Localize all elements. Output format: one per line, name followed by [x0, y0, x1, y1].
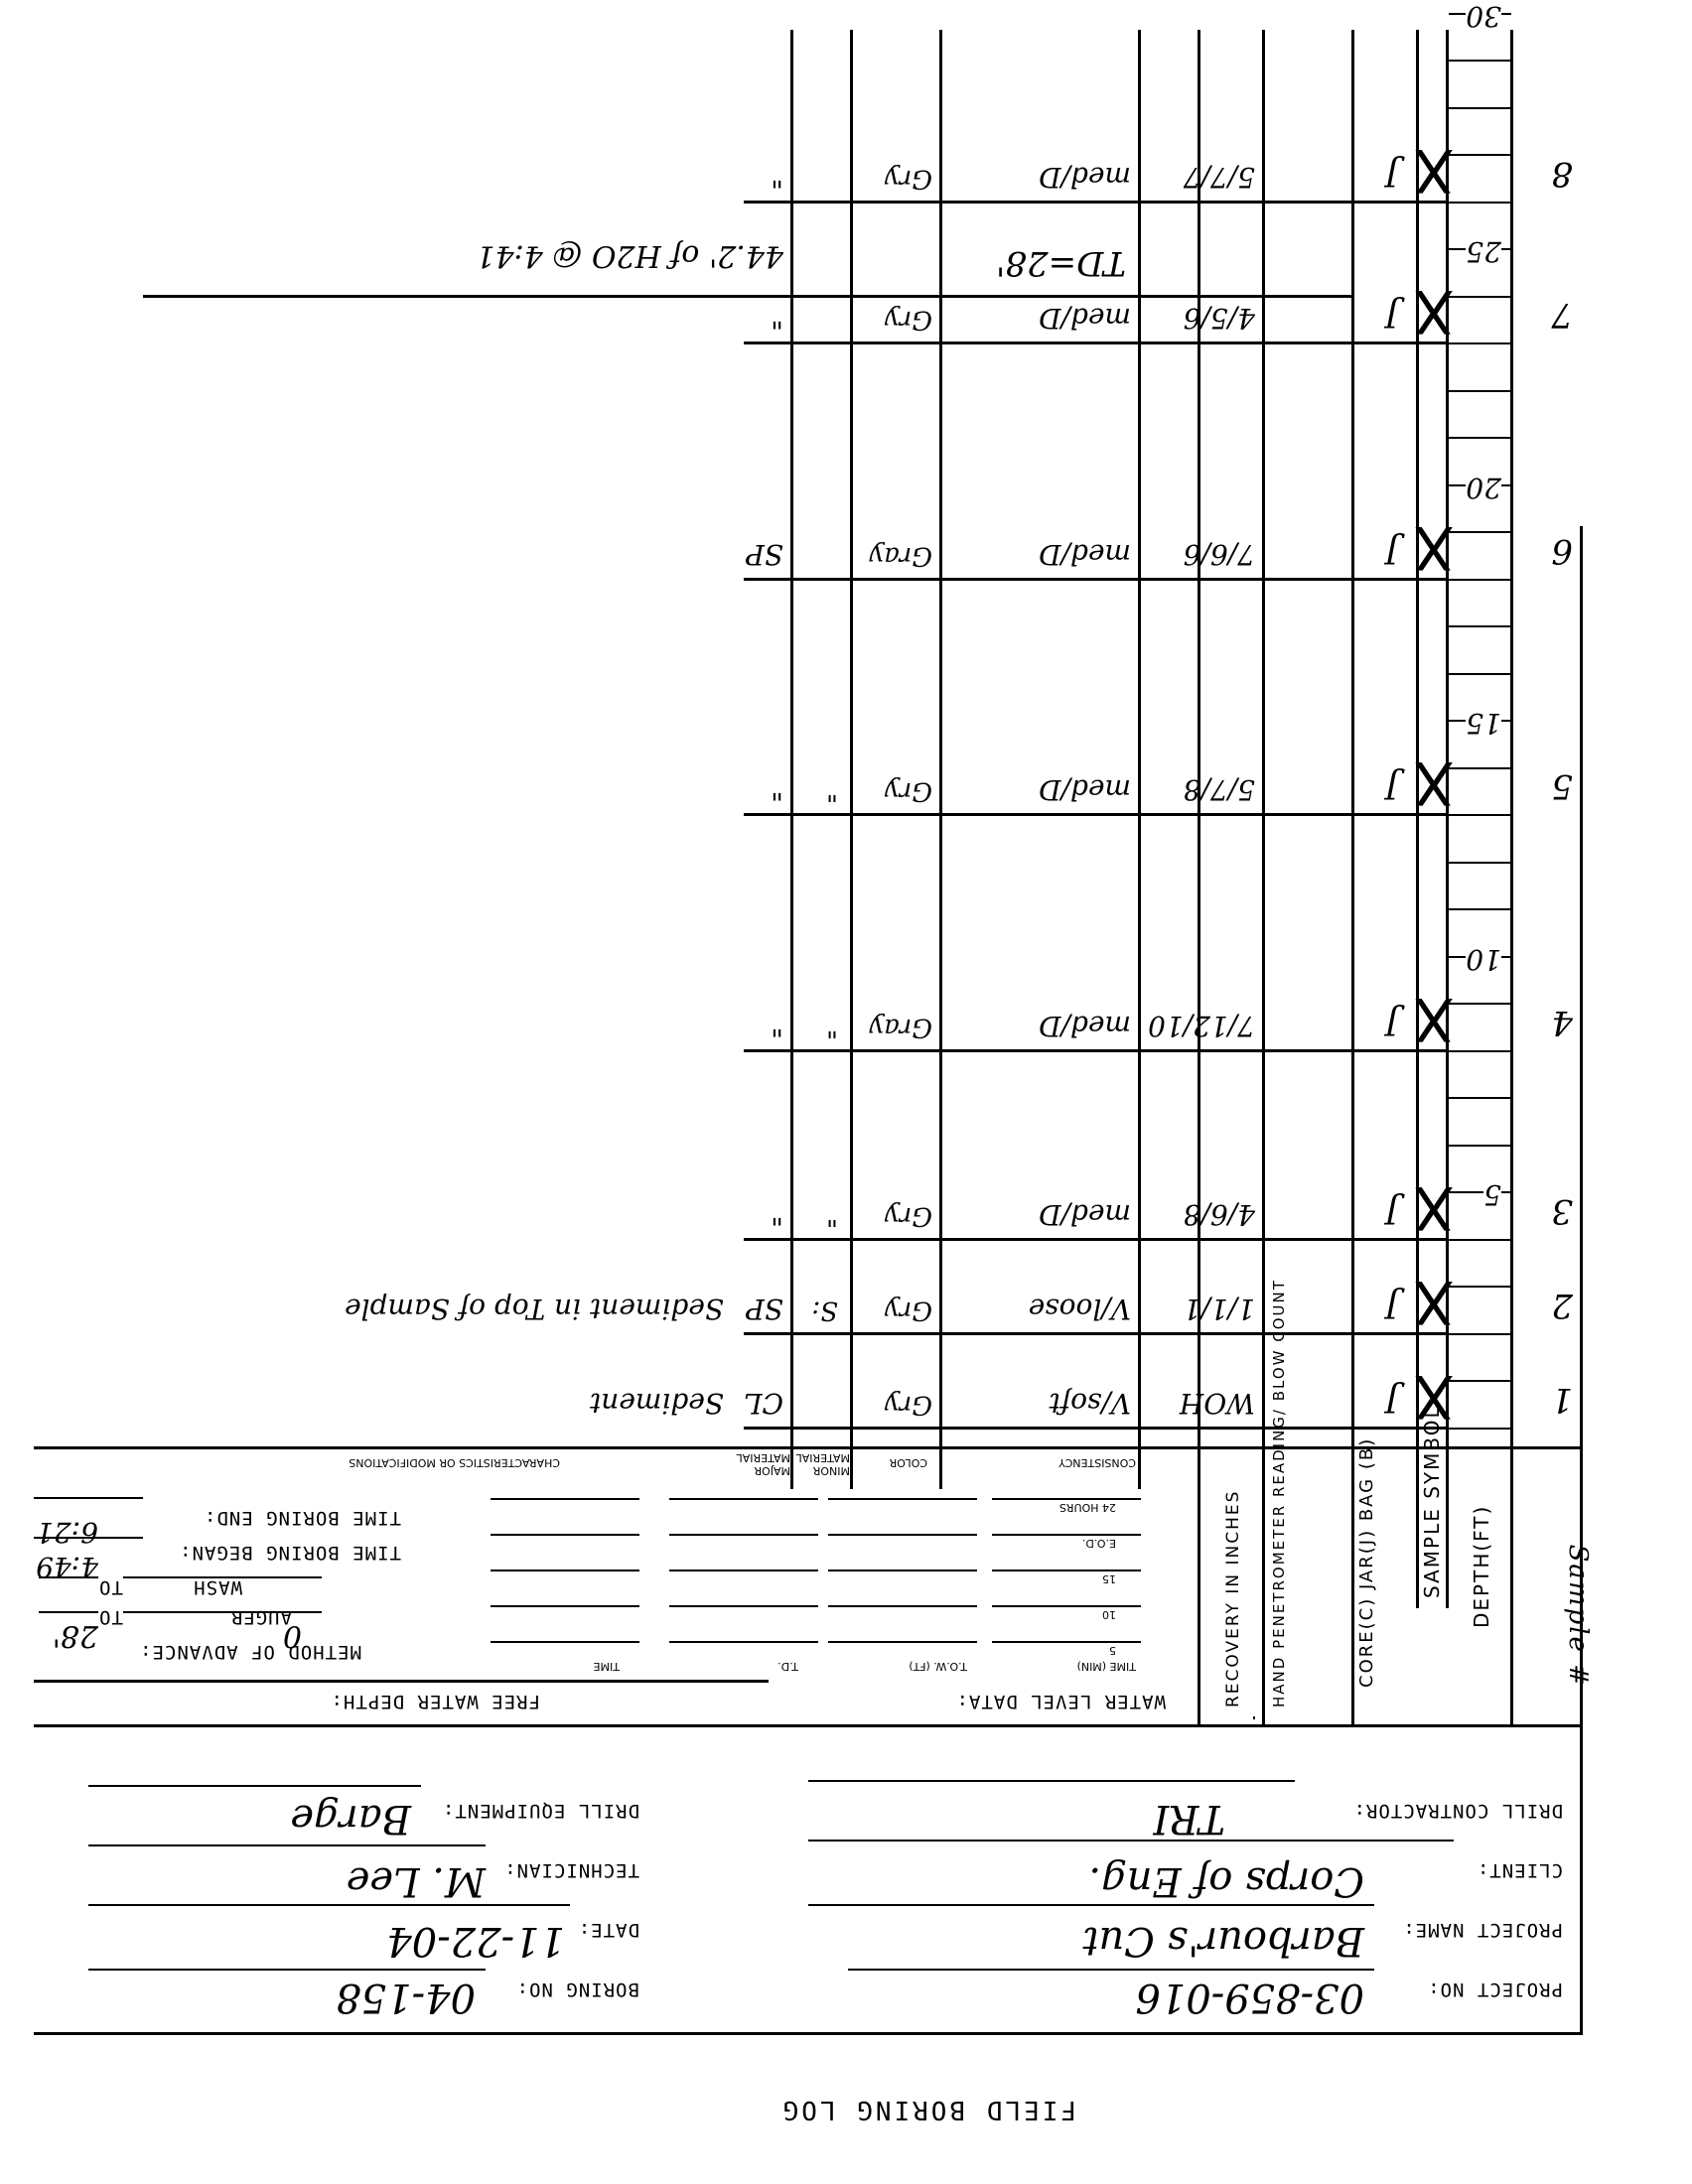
- depth-mark-label: 25: [1466, 236, 1501, 269]
- sample-number: 6: [1551, 531, 1573, 571]
- wl-blank-line: [491, 1570, 639, 1571]
- depth-tick: [1449, 1098, 1511, 1100]
- depth-tick: [1449, 673, 1511, 675]
- boring-no-value: 04-158: [336, 1975, 476, 2020]
- color: Gry: [885, 1296, 932, 1325]
- consistency: med/D: [1039, 538, 1131, 571]
- technician-line: [88, 1844, 486, 1846]
- project-name-line: [808, 1904, 1374, 1906]
- color: Gray: [870, 541, 932, 571]
- method-of-advance-label: METHOD OF ADVANCE:: [139, 1641, 361, 1663]
- wl-time-label: E.O.D.: [1082, 1537, 1116, 1550]
- major-material: ": [771, 303, 783, 336]
- table-row: 5XJ5/7/8med/DGry"": [0, 738, 1692, 817]
- project-no-value: 03-859-016: [1135, 1975, 1364, 2020]
- free-water-line: [34, 1680, 769, 1683]
- depth-mark-label: 20: [1466, 472, 1501, 504]
- wl-blank-line: [992, 1605, 1141, 1607]
- wl-blank-line: [491, 1605, 639, 1607]
- sample-type: J: [1385, 767, 1399, 807]
- wl-blank-line: [992, 1534, 1141, 1536]
- sample-number: 3: [1551, 1191, 1573, 1231]
- wash-line: [123, 1576, 322, 1578]
- minor-material: ": [826, 1201, 838, 1231]
- blow-count: WOH: [1180, 1387, 1255, 1420]
- major-material: SP: [746, 1293, 783, 1325]
- wl-blank-line: [669, 1605, 818, 1607]
- sample-type: J: [1385, 154, 1399, 194]
- consistency-header: CONSISTENCY: [1058, 1456, 1136, 1469]
- drill-equipment-label: DRILL EQUIPMENT:: [442, 1800, 639, 1822]
- sample-number: 2: [1551, 1286, 1573, 1325]
- wl-blank-line: [491, 1641, 639, 1643]
- wl-blank-line: [828, 1641, 977, 1643]
- consistency: V/soft: [1050, 1387, 1132, 1420]
- sample-symbol-x: X: [1412, 989, 1456, 1048]
- major-header: MAJOR MATERIAL: [736, 1451, 790, 1477]
- table-row: 3XJ4/6/8med/DGry"": [0, 1161, 1692, 1241]
- characteristics-header: CHARACTERISTICS OR MODIFICATIONS: [349, 1456, 560, 1469]
- table-row: 1XJWOHV/softGryCLSediment: [0, 1350, 1692, 1430]
- spacer: [1253, 1716, 1255, 1719]
- color-header: COLOR: [890, 1456, 927, 1469]
- minor-header: MINOR MATERIAL: [795, 1451, 850, 1477]
- wl-blank-line: [828, 1570, 977, 1571]
- wl-blank-line: [828, 1498, 977, 1500]
- blow-count: 5/7/8: [1184, 774, 1255, 807]
- wash-label: WASH: [193, 1576, 242, 1598]
- wl-time-label: 10: [1102, 1608, 1116, 1621]
- auger-to-label: TO: [98, 1606, 123, 1628]
- table-row: 2XJ1/1/1V/looseGryS:SPSediment in Top of…: [0, 1256, 1692, 1335]
- header-bottom-border: [34, 1724, 1583, 1727]
- time-began-label: TIME BORING BEGAN:: [179, 1542, 401, 1564]
- project-name-label: PROJECT NAME:: [1402, 1919, 1563, 1941]
- client-line: [808, 1840, 1454, 1842]
- depth-tick: [1449, 626, 1511, 628]
- wl-blank-line: [992, 1641, 1141, 1643]
- auger-to-value: 28': [53, 1618, 98, 1653]
- minor-material: ": [826, 777, 838, 807]
- wl-blank-line: [669, 1498, 818, 1500]
- table-row: 4XJ7/12/10med/DGray"": [0, 973, 1692, 1052]
- sample-row-divider: [744, 1049, 1449, 1052]
- color: Gry: [885, 1390, 932, 1420]
- auger-to-line: [39, 1611, 98, 1613]
- field-boring-log-sheet: FIELD BORING LOG PROJECT NO: 03-859-016 …: [0, 0, 1692, 2184]
- total-depth: TD=28': [996, 243, 1126, 283]
- sample-type: J: [1385, 296, 1399, 336]
- sample-type: J: [1385, 1286, 1399, 1325]
- sample-number: 4: [1551, 1003, 1573, 1042]
- wl-blank-line: [491, 1498, 639, 1500]
- wl-blank-line: [828, 1534, 977, 1536]
- sample-number: 5: [1551, 767, 1573, 807]
- characteristics: Sediment: [590, 1387, 724, 1420]
- sample-row-divider: [744, 814, 1449, 817]
- drill-contractor-value: TRI: [1153, 1796, 1225, 1842]
- consistency: med/D: [1039, 303, 1131, 336]
- sample-row-divider: [744, 342, 1449, 345]
- sample-type: J: [1385, 1191, 1399, 1231]
- drill-contractor-line: [808, 1780, 1295, 1782]
- depth-tick: [1449, 1145, 1511, 1147]
- sample-symbol-x: X: [1412, 1177, 1456, 1237]
- sample-row-divider: [744, 201, 1449, 204]
- time-end-label: TIME BORING END:: [204, 1507, 401, 1529]
- sample-type: J: [1385, 531, 1399, 571]
- time-end-line: [34, 1497, 143, 1499]
- drill-equipment-line: [88, 1785, 421, 1787]
- client-label: CLIENT:: [1477, 1859, 1563, 1881]
- wl-blank-line: [992, 1498, 1141, 1500]
- sample-symbol-x: X: [1412, 1366, 1456, 1426]
- project-no-line: [848, 1969, 1374, 1971]
- col-header-bottom: [34, 1446, 1583, 1449]
- sample-symbol-x: X: [1412, 140, 1456, 200]
- sample-number: 1: [1551, 1380, 1573, 1420]
- sample-no-header: Sample #: [1563, 1545, 1593, 1688]
- color: Gray: [870, 1013, 932, 1042]
- auger-from-value: 0: [283, 1618, 302, 1653]
- sample-symbol-x: X: [1412, 1272, 1456, 1331]
- sample-symbol-x: X: [1412, 517, 1456, 577]
- date-line: [88, 1904, 570, 1906]
- color: Gry: [885, 777, 932, 807]
- blow-count: 7/6/6: [1184, 538, 1255, 571]
- date-value: 11-22-04: [386, 1918, 565, 1964]
- depth-header: DEPTH(FT): [1470, 1505, 1493, 1628]
- time-end-value: 6:21: [36, 1516, 98, 1549]
- wl-time-label: 5: [1109, 1644, 1116, 1657]
- major-material: ": [771, 1010, 783, 1042]
- wl-blank-line: [491, 1534, 639, 1536]
- water-level-label: WATER LEVEL DATA:: [956, 1691, 1166, 1712]
- sample-row-divider: [744, 578, 1449, 581]
- drill-equipment-value: Barge: [290, 1796, 411, 1842]
- depth-mark-label: 30: [1466, 0, 1501, 33]
- wl-time-label: 24 HOURS: [1059, 1501, 1116, 1514]
- wl-col-time2: TIME: [594, 1660, 620, 1673]
- technician-label: TECHNICIAN:: [503, 1859, 639, 1881]
- project-name-value: Barbour's Cut: [1082, 1918, 1364, 1964]
- blow-count: 7/12/10: [1148, 1010, 1255, 1042]
- depth-tick: [1449, 390, 1511, 392]
- form-top-border: [34, 2032, 1583, 2035]
- recovery-header: RECOVERY IN INCHES: [1223, 1490, 1243, 1707]
- table-row: 6XJ7/6/6med/DGraySP: [0, 501, 1692, 581]
- depth-tick: [1449, 909, 1511, 911]
- table-row: 8XJ5/7/7med/DGry": [0, 124, 1692, 204]
- water-depth-note: 44.2' of H2O @ 4:41: [476, 238, 783, 273]
- sample-number: 8: [1551, 154, 1573, 194]
- consistency: med/D: [1039, 1010, 1131, 1042]
- wash-to-label: TO: [98, 1576, 123, 1598]
- boring-no-line: [88, 1969, 486, 1971]
- blow-count-header: HAND PENETROMETER READING/ BLOW COUNT: [1270, 1279, 1339, 1707]
- sample-symbol-x: X: [1412, 753, 1456, 813]
- minor-material: ": [826, 1013, 838, 1042]
- wl-blank-line: [992, 1570, 1141, 1571]
- project-no-label: PROJECT NO:: [1427, 1979, 1563, 2000]
- major-material: ": [771, 774, 783, 807]
- color: Gry: [885, 306, 932, 336]
- consistency: med/D: [1039, 161, 1131, 194]
- sample-type: J: [1385, 1003, 1399, 1042]
- date-label: DATE:: [578, 1919, 639, 1941]
- sample-number: 7: [1551, 296, 1573, 336]
- sample-type: J: [1385, 1380, 1399, 1420]
- consistency: med/D: [1039, 1198, 1131, 1231]
- wl-col-time: TIME (MIN): [1077, 1660, 1136, 1673]
- consistency: med/D: [1039, 774, 1131, 807]
- depth-mark-label: 10: [1466, 943, 1501, 976]
- depth-tick: [1449, 438, 1511, 440]
- depth-tick: [1449, 107, 1511, 109]
- wl-blank-line: [828, 1605, 977, 1607]
- sample-row-divider: [744, 1238, 1449, 1241]
- depth-tick: [1449, 862, 1511, 864]
- technician-value: M. Lee: [347, 1858, 486, 1904]
- sample-row-divider: [744, 1332, 1449, 1335]
- major-material: SP: [746, 538, 783, 571]
- consistency: V/loose: [1029, 1293, 1131, 1325]
- drill-contractor-label: DRILL CONTRACTOR:: [1353, 1800, 1563, 1822]
- characteristics: Sediment in Top of Sample: [345, 1293, 724, 1325]
- blow-count: 4/5/6: [1184, 303, 1255, 336]
- wl-col-td: T.D.: [777, 1660, 798, 1673]
- color: Gry: [885, 1201, 932, 1231]
- depth-tick: [1449, 61, 1511, 63]
- document-title: FIELD BORING LOG: [780, 2095, 1076, 2124]
- minor-material: S:: [811, 1296, 838, 1325]
- wl-col-tow: T.O.W. (FT): [909, 1660, 967, 1673]
- blow-count: 1/1/1: [1184, 1293, 1255, 1325]
- client-value: Corps of Eng.: [1088, 1858, 1364, 1904]
- sample-row-divider: [744, 1427, 1449, 1430]
- sample-symbol-x: X: [1412, 282, 1456, 341]
- sample-symbol-header: SAMPLE SYMBOL: [1420, 1405, 1444, 1598]
- termination-line: [143, 295, 1354, 298]
- table-row: 7XJ4/5/6med/DGry": [0, 266, 1692, 345]
- sample-type-header: CORE(C) JAR(J) BAG (B): [1356, 1437, 1404, 1688]
- depth-mark-label: 15: [1466, 708, 1501, 741]
- wl-blank-line: [669, 1570, 818, 1571]
- color: Gry: [885, 164, 932, 194]
- major-material: ": [771, 1198, 783, 1231]
- wl-blank-line: [669, 1534, 818, 1536]
- boring-no-label: BORING NO:: [516, 1979, 639, 2000]
- wl-blank-line: [669, 1641, 818, 1643]
- major-material: CL: [744, 1387, 783, 1420]
- free-water-depth-label: FREE WATER DEPTH:: [331, 1691, 540, 1712]
- auger-line: [123, 1611, 322, 1613]
- blow-count: 5/7/7: [1184, 161, 1255, 194]
- wl-time-label: 15: [1102, 1572, 1116, 1585]
- major-material: ": [771, 161, 783, 194]
- blow-count: 4/6/8: [1184, 1198, 1255, 1231]
- time-began-value: 4:49: [36, 1551, 98, 1583]
